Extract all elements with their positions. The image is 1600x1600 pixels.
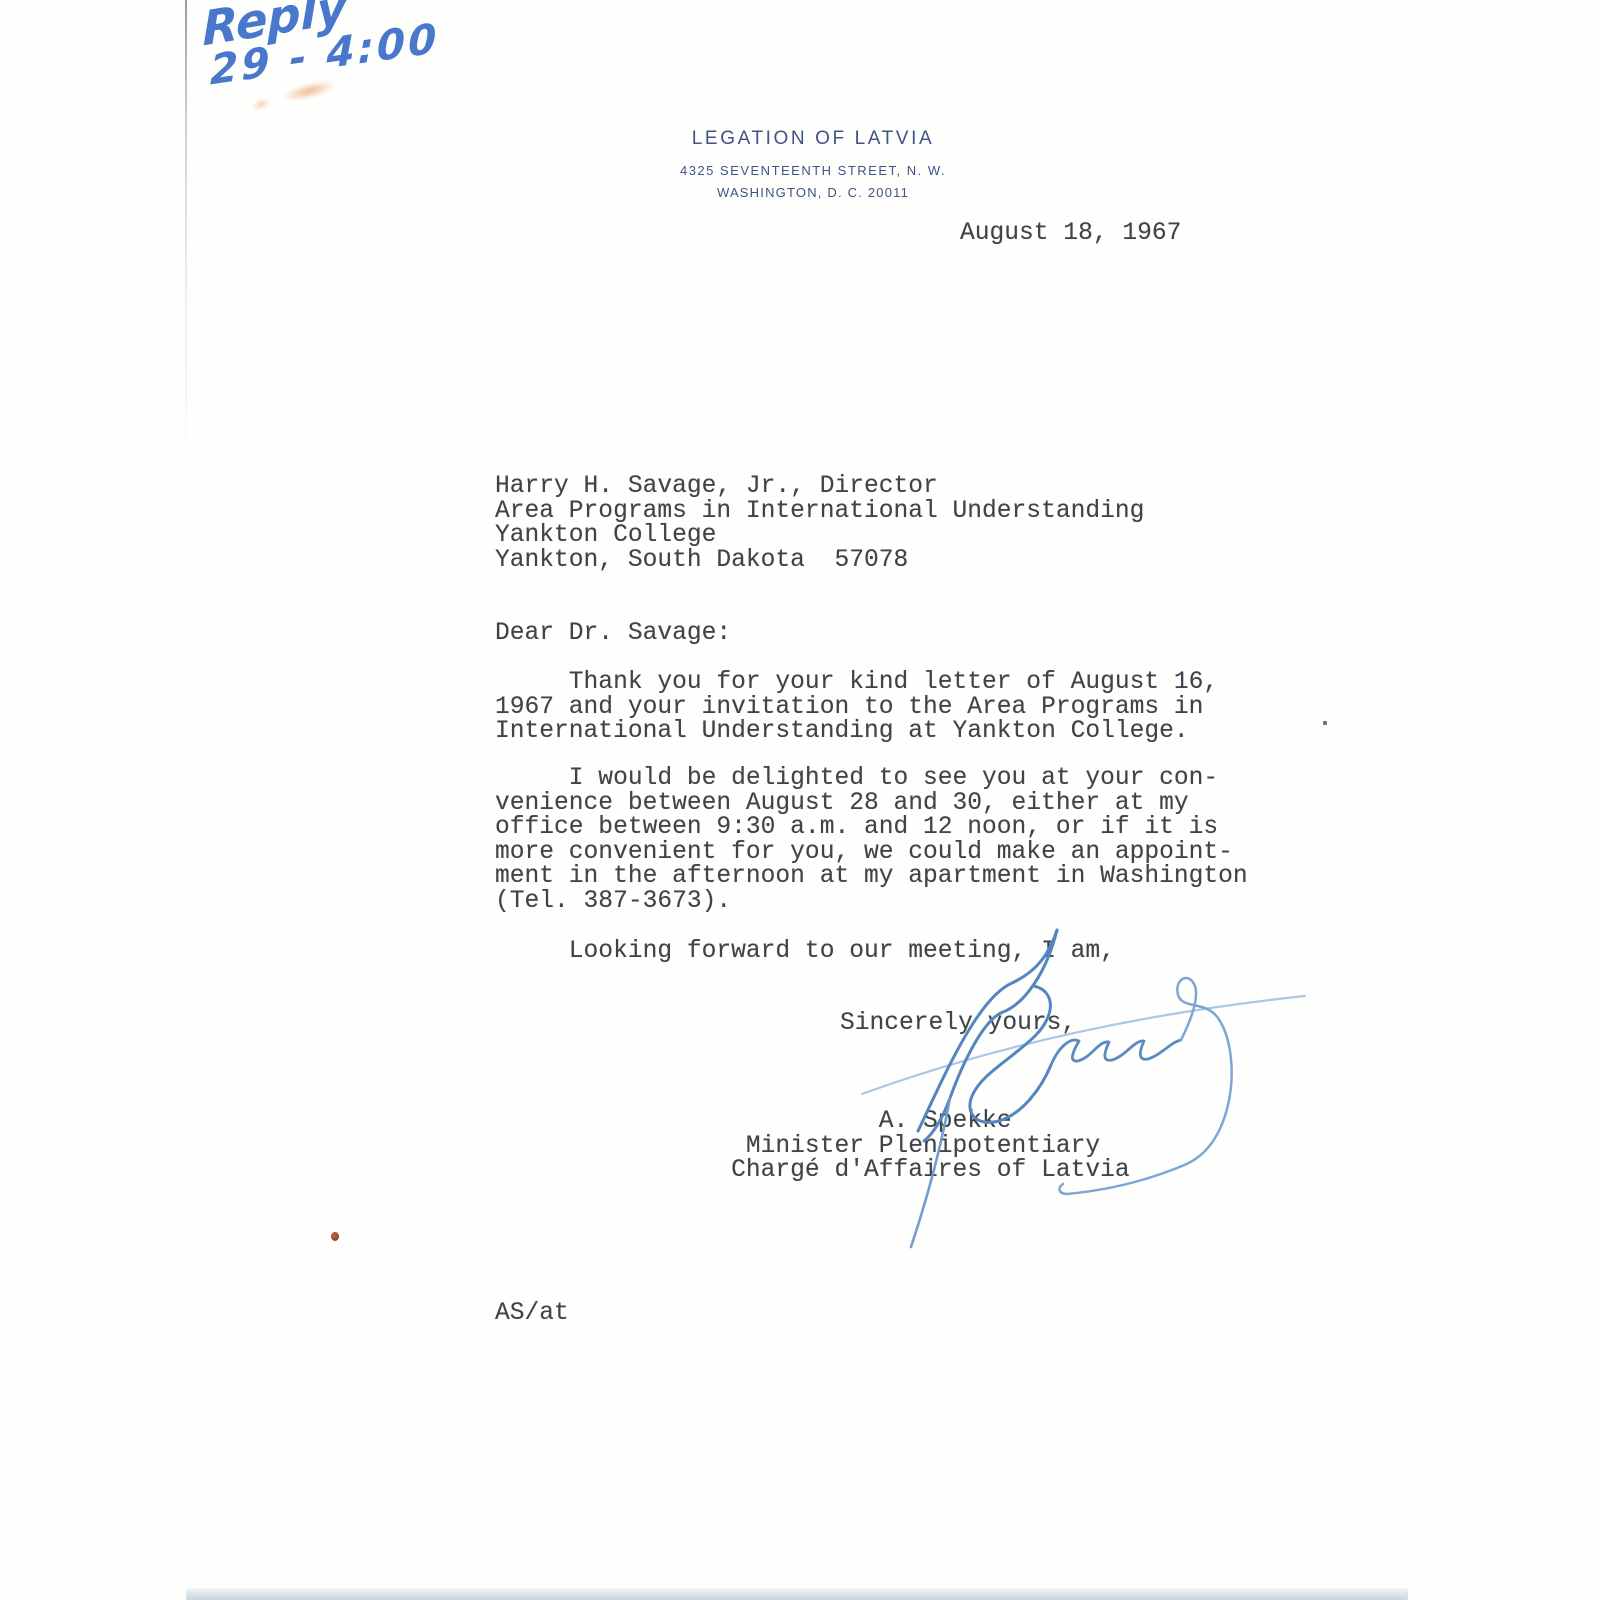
red-ink-dot xyxy=(331,1232,339,1241)
orange-smudge-small xyxy=(251,97,271,112)
typist-initials: AS/at xyxy=(495,1302,569,1327)
body-paragraph-2: I would be delighted to see you at your … xyxy=(495,767,1248,914)
scan-left-edge-shadow xyxy=(185,0,187,480)
letter-page: Reply 29 - 4:00 LEGATION OF LATVIA 4325 … xyxy=(0,0,1600,1600)
recipient-address: Harry H. Savage, Jr., Director Area Prog… xyxy=(495,475,1144,573)
salutation: Dear Dr. Savage: xyxy=(495,622,731,647)
letterhead-name: LEGATION OF LATVIA xyxy=(588,128,1038,150)
scan-bottom-edge-shadow xyxy=(186,1588,1408,1600)
date-line: August 18, 1967 xyxy=(960,222,1181,247)
signature-ink xyxy=(840,900,1320,1260)
letterhead: LEGATION OF LATVIA 4325 SEVENTEENTH STRE… xyxy=(588,128,1038,200)
body-paragraph-1: Thank you for your kind letter of August… xyxy=(495,671,1218,745)
letterhead-street: 4325 SEVENTEENTH STREET, N. W. xyxy=(588,163,1038,178)
letterhead-city: WASHINGTON, D. C. 20011 xyxy=(588,185,1038,200)
paper-speck xyxy=(1323,721,1327,725)
